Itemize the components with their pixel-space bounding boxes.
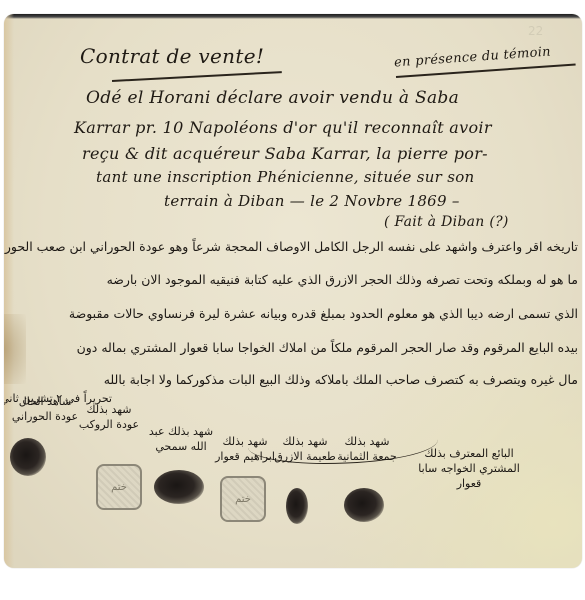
arabic-line-4: بيده البايع المرقوم وقد صار الحجر المرقو… [77,340,578,355]
page-left-edge [4,14,14,568]
signature-7: البائع المعترف بذلك المشتري الخواجه سابا… [414,446,524,491]
french-line-6: ( Fait à Diban (?) [384,214,509,230]
french-line-3: reçu & dit acquéreur Saba Karrar, la pie… [82,144,488,163]
arabic-line-5: مال غيره ويتصرف به كتصرف صاحب الملك بامل… [104,372,578,387]
arabic-line-3: الذي تسمى ارضه ديبا الذي هو معلوم الحدود… [69,306,578,321]
signature-6: شهد بذلك جمعة الثمانية [332,434,402,464]
signature-1: شاهد الحال عودة الحوراني [10,394,80,424]
arabic-line-2: ما هو له وبملكه وتحت تصرفه وذلك الحجر ال… [107,272,578,287]
paper-stain [4,314,26,384]
signature-5: شهد بذلك طعيمة الازرق [272,434,338,464]
thumbprint-1 [10,438,46,476]
seal-stamp-1: ختم [96,464,142,510]
thumbprint-4 [344,488,384,522]
seal-stamp-2: ختم [220,476,266,522]
title-underline [112,71,282,81]
signature-3: شهد بذلك عبد الله سمحي [146,424,216,454]
french-line-4: tant une inscription Phénicienne, située… [96,168,475,186]
signature-4: شهد بذلك ابراهيم قعوار [210,434,280,464]
page-top-edge [4,14,582,19]
french-line-1: Odé el Horani déclare avoir vendu à Saba [86,88,459,108]
french-line-2: Karrar pr. 10 Napoléons d'or qu'il recon… [74,118,492,137]
manuscript-page: 22 Contrat de vente! en présence du témo… [4,14,582,568]
french-line-5: terrain à Diban — le 2 Novbre 1869 – [164,192,460,210]
thumbprint-3 [286,488,308,524]
signature-2: شهد بذلك عودة الروكب [74,402,144,432]
thumbprint-2 [154,470,204,504]
document-title: Contrat de vente! [80,44,264,68]
page-number: 22 [528,24,543,38]
arabic-line-1: تاريخه اقر واعترف واشهد على نفسه الرجل ا… [4,239,578,254]
